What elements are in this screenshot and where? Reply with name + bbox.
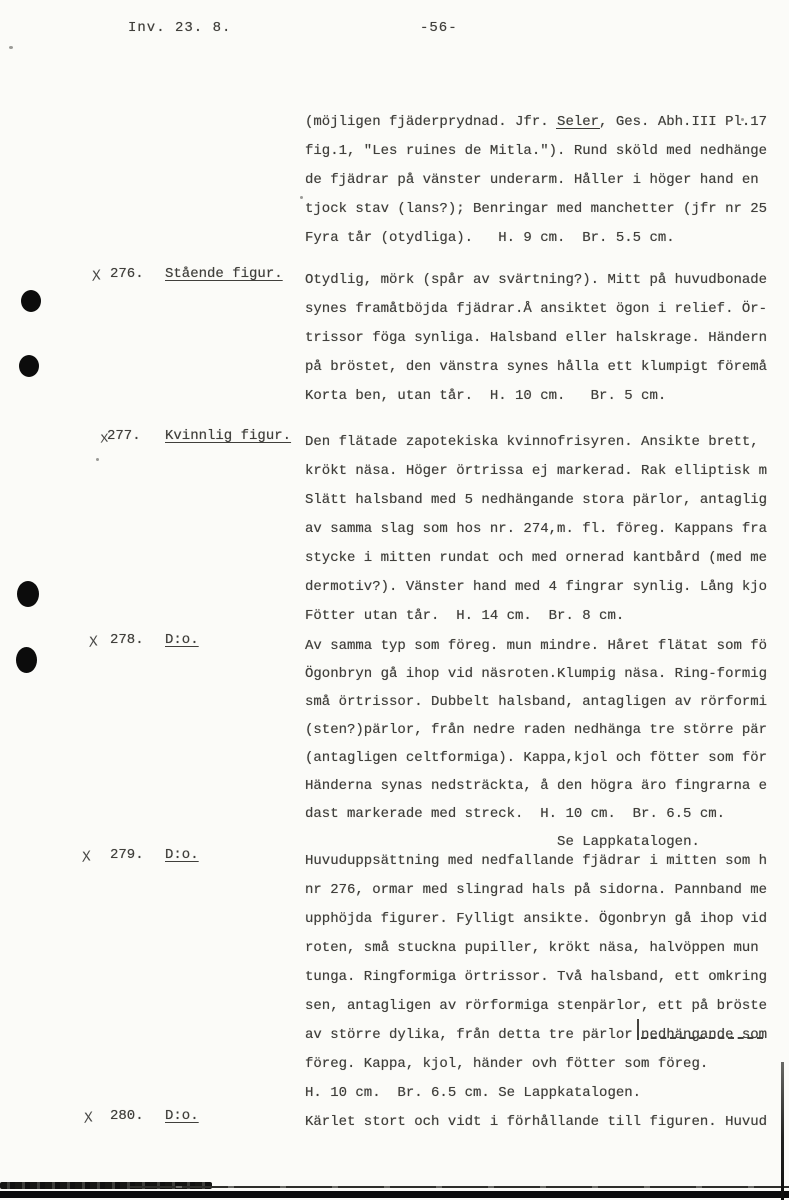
entry-title: D:o.	[165, 1108, 199, 1124]
entry-number: 277.	[107, 428, 141, 444]
hole-punch-dot	[17, 581, 39, 607]
entry-body-text: Den flätade zapotekiska kvinnofrisyren. …	[305, 428, 789, 631]
paper-speck	[9, 46, 13, 49]
paper-speck	[741, 118, 744, 121]
nedhangande-underline-decoration	[641, 1021, 763, 1039]
nedhangande-bracket-tick	[637, 1019, 639, 1040]
entry-body-text: Av samma typ som föreg. mun mindre. Håre…	[305, 632, 789, 856]
entry-body-text: Kärlet stort och vidt i förhållande till…	[305, 1108, 789, 1137]
entry-title: D:o.	[165, 632, 199, 648]
handwritten-x-mark: X	[88, 633, 100, 651]
page-number: -56-	[420, 20, 458, 36]
entry-number: 276.	[110, 266, 144, 282]
hole-punch-dot	[21, 290, 41, 312]
seler-underline-decoration	[556, 112, 600, 129]
scan-thin-line	[130, 1186, 789, 1188]
entry-275-continuation-text: (möjligen fjäderprydnad. Jfr. Seler, Ges…	[305, 108, 789, 253]
paper-speck	[96, 458, 99, 461]
entry-title: Stående figur.	[165, 266, 283, 282]
hole-punch-dot	[16, 647, 37, 673]
inventory-header: Inv. 23. 8.	[128, 20, 231, 36]
entry-body-text: Huvuduppsättning med nedfallande fjädrar…	[305, 847, 789, 1108]
handwritten-x-mark: X	[81, 848, 93, 866]
entry-title: Kvinnlig figur.	[165, 428, 291, 444]
entry-number: 279.	[110, 847, 144, 863]
paper-speck	[300, 196, 303, 199]
entry-title: D:o.	[165, 847, 199, 863]
hole-punch-dot	[19, 355, 39, 377]
entry-body-text: Otydlig, mörk (spår av svärtning?). Mitt…	[305, 266, 789, 411]
handwritten-x-mark: X	[91, 267, 103, 285]
entry-number: 280.	[110, 1108, 144, 1124]
scanned-document-page: Inv. 23. 8. -56- (möjligen fjäderprydnad…	[0, 0, 789, 1200]
entry-number: 278.	[110, 632, 144, 648]
handwritten-x-mark: X	[83, 1109, 95, 1127]
scan-bottom-bar	[0, 1191, 789, 1198]
scan-right-edge-line	[781, 1062, 784, 1200]
